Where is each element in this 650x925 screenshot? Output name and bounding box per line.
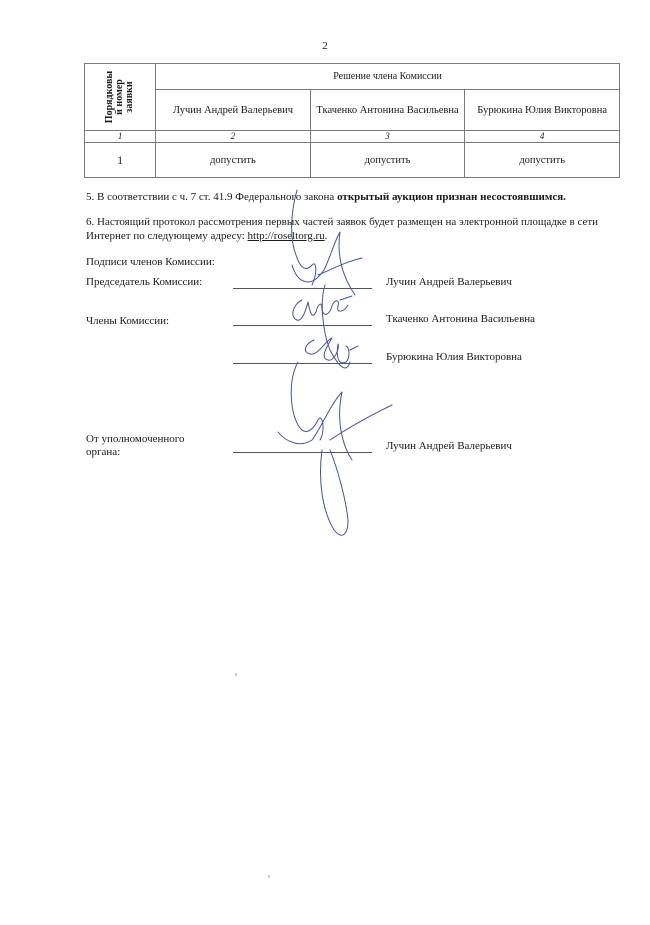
paragraph-6-text: 6. Настоящий протокол рассмотрения первы… — [86, 216, 598, 242]
column-index-2: 2 — [156, 131, 311, 143]
chairman-label: Председатель Комиссии: — [86, 276, 202, 289]
paragraph-6-suffix: . — [325, 230, 328, 242]
member-2-signature-line — [233, 363, 372, 364]
paragraph-6: 6. Настоящий протокол рассмотрения первы… — [86, 215, 626, 243]
row-number-header-text: Порядковы й номер заявки — [105, 66, 135, 128]
application-number: 1 — [85, 143, 156, 178]
member-2-name: Бурюкина Юлия Викторовна — [386, 351, 522, 363]
scan-speck — [268, 875, 270, 878]
decision-cell: допустить — [310, 143, 465, 178]
paragraph-5: 5. В соответствии с ч. 7 ст. 41.9 Федера… — [86, 190, 626, 204]
members-label: Члены Комиссии: — [86, 315, 169, 328]
chairman-signature-line — [233, 288, 372, 289]
member-1-signature-line — [233, 325, 372, 326]
paragraph-5-bold: открытый аукцион признан несостоявшимся. — [337, 191, 566, 203]
member-2-signature — [305, 338, 358, 363]
authority-label: От уполномоченного органа: — [86, 433, 185, 459]
page-number: 2 — [0, 40, 650, 52]
decision-cell: допустить — [156, 143, 311, 178]
authority-signature-line — [233, 452, 372, 453]
member-header-3: Бурюкина Юлия Викторовна — [465, 90, 620, 131]
column-index-4: 4 — [465, 131, 620, 143]
roseltorg-link[interactable]: http://roseltorg.ru — [248, 230, 325, 242]
chairman-name: Лучин Андрей Валерьевич — [386, 276, 512, 288]
signatures-heading: Подписи членов Комиссии: — [86, 256, 215, 269]
member-1-name: Ткаченко Антонина Васильевна — [386, 313, 535, 325]
table-row: 1 допустить допустить допустить — [85, 143, 620, 178]
member-1-signature — [293, 296, 352, 320]
column-index-1: 1 — [85, 131, 156, 143]
member-header-1: Лучин Андрей Валерьевич — [156, 90, 311, 131]
column-index-3: 3 — [310, 131, 465, 143]
member-header-2: Ткаченко Антонина Васильевна — [310, 90, 465, 131]
row-number-header: Порядковы й номер заявки — [85, 64, 156, 131]
decision-table: Порядковы й номер заявки Решение члена К… — [84, 63, 620, 178]
decision-cell: допустить — [465, 143, 620, 178]
scan-speck — [235, 673, 237, 676]
authority-name: Лучин Андрей Валерьевич — [386, 440, 512, 452]
paragraph-5-text: 5. В соответствии с ч. 7 ст. 41.9 Федера… — [86, 191, 337, 203]
commission-decision-header: Решение члена Комиссии — [156, 64, 620, 90]
authority-signature — [278, 362, 392, 535]
